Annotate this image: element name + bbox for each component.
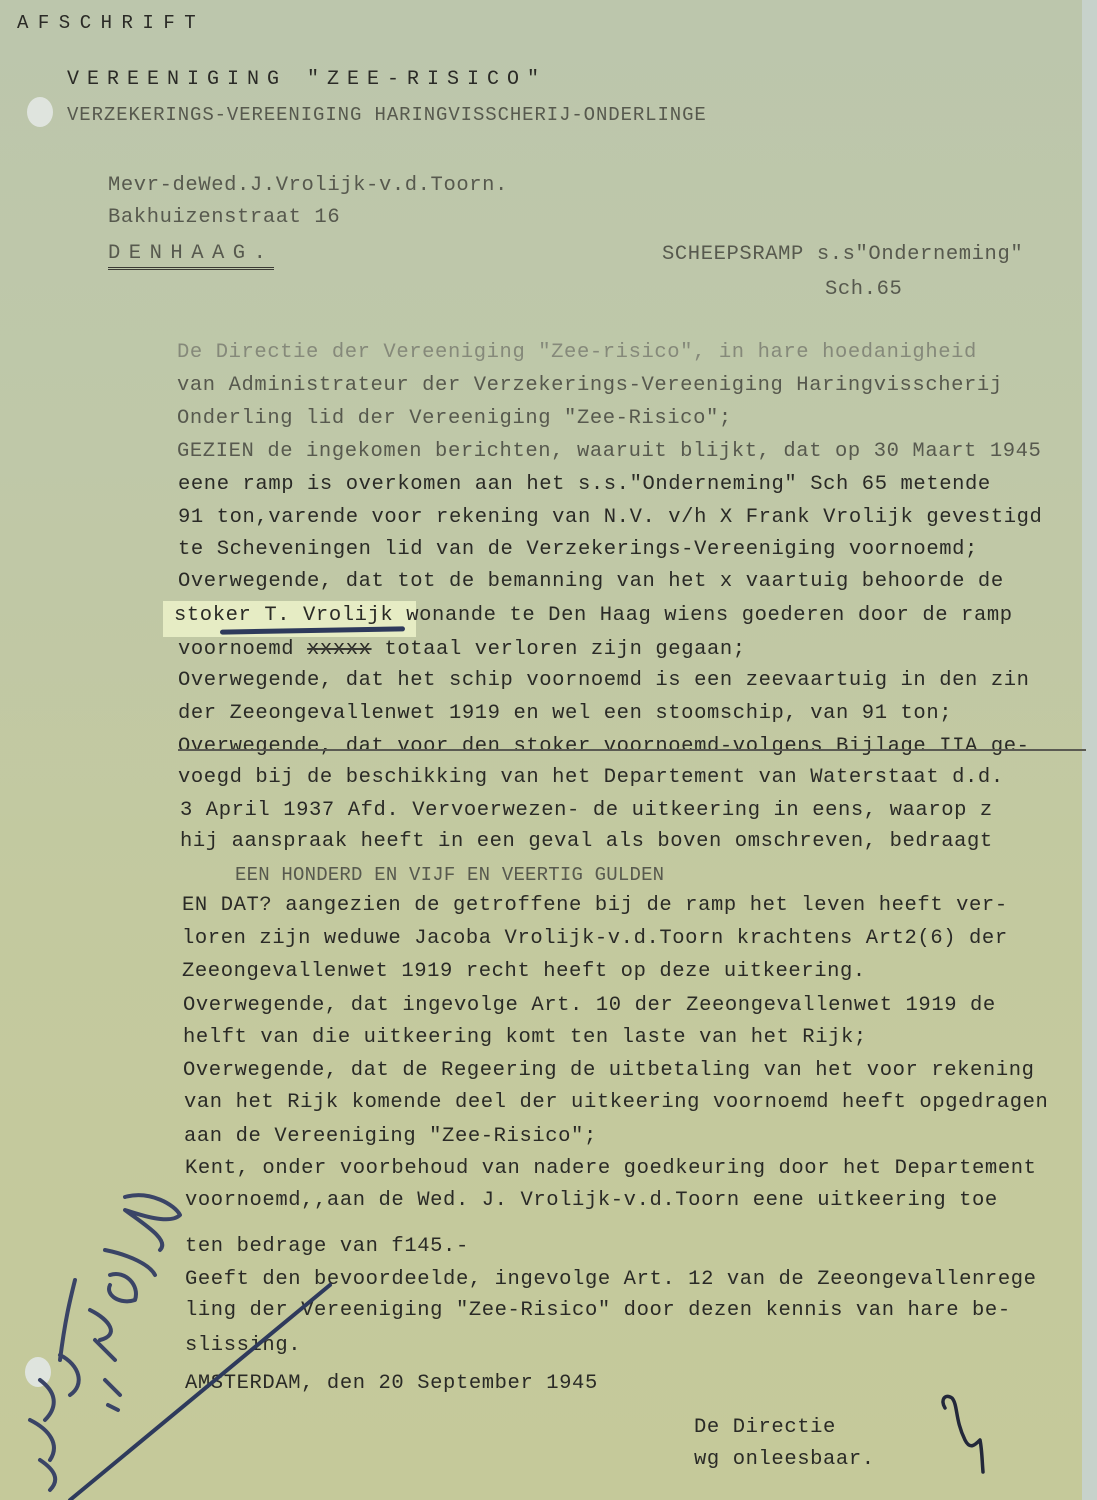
handwritten-ink-layer [0,0,1097,1500]
margin-handwriting-icon [30,1195,180,1490]
diagonal-pen-stroke [70,1285,330,1500]
handwritten-page-number-icon [943,1396,983,1472]
